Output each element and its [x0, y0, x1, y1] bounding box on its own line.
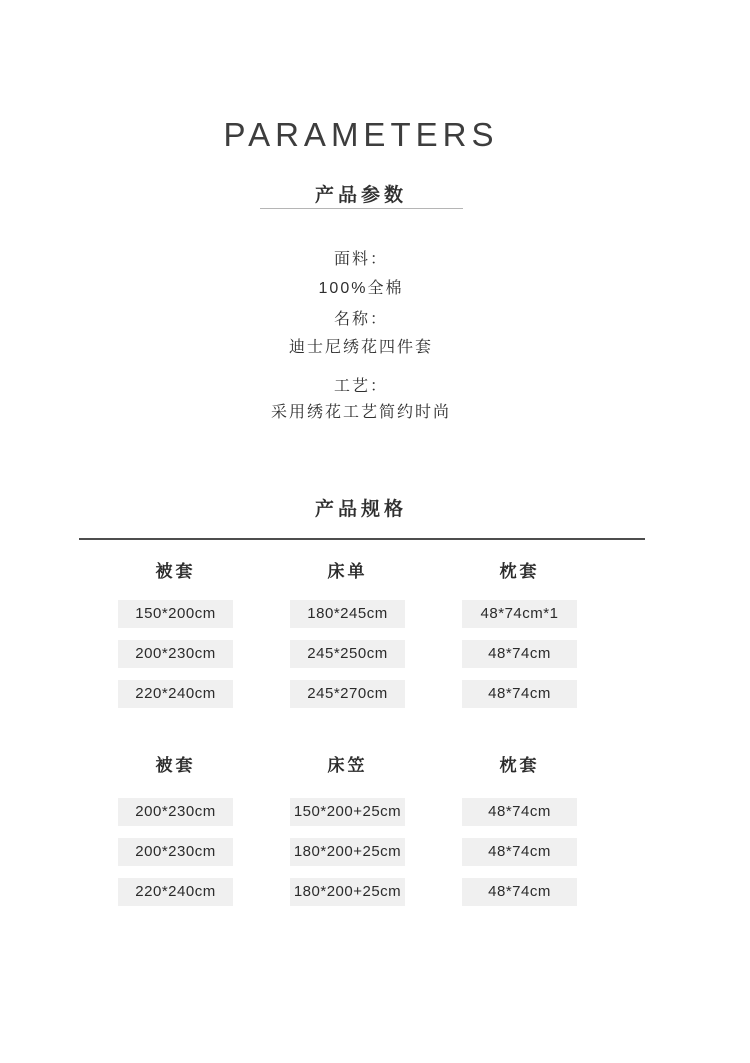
table2-row: 220*240cm 180*200+25cm 48*74cm: [118, 878, 577, 906]
size-cell: 200*230cm: [118, 838, 233, 866]
size-cell: 150*200+25cm: [290, 798, 405, 826]
table2-row: 200*230cm 180*200+25cm 48*74cm: [118, 838, 577, 866]
section-divider: [79, 538, 645, 540]
table2-column-header-duvet: 被套: [118, 754, 233, 778]
size-cell: 48*74cm*1: [462, 600, 577, 628]
size-cell: 220*240cm: [118, 680, 233, 708]
size-cell: 150*200cm: [118, 600, 233, 628]
spec-value-name: 迪士尼绣花四件套: [0, 334, 722, 357]
size-cell: 48*74cm: [462, 640, 577, 668]
size-cell: 180*200+25cm: [290, 838, 405, 866]
spec-label-name: 名称：: [0, 306, 722, 329]
spec-label-fabric: 面料：: [0, 246, 722, 269]
spec-label-craft: 工艺：: [0, 373, 722, 396]
size-cell: 48*74cm: [462, 838, 577, 866]
table1-row: 150*200cm 180*245cm 48*74cm*1: [118, 600, 577, 628]
size-cell: 245*250cm: [290, 640, 405, 668]
size-cell: 200*230cm: [118, 640, 233, 668]
size-cell: 180*245cm: [290, 600, 405, 628]
table1-column-header-sheet: 床单: [290, 560, 405, 584]
spec-value-craft: 采用绣花工艺简约时尚: [0, 399, 722, 422]
table1-column-header-duvet: 被套: [118, 560, 233, 584]
subtitle-divider: [260, 208, 463, 209]
page-title: PARAMETERS: [0, 116, 722, 154]
table2-column-header-fitted-sheet: 床笠: [290, 754, 405, 778]
size-cell: 48*74cm: [462, 878, 577, 906]
size-cell: 180*200+25cm: [290, 878, 405, 906]
spec-value-fabric: 100%全棉: [0, 275, 722, 298]
page-subtitle: 产品参数: [0, 180, 722, 207]
spec-section-title: 产品规格: [0, 494, 722, 521]
size-cell: 220*240cm: [118, 878, 233, 906]
table2-column-header-pillow: 枕套: [462, 754, 577, 778]
table1-column-header-pillow: 枕套: [462, 560, 577, 584]
table1-row: 200*230cm 245*250cm 48*74cm: [118, 640, 577, 668]
table1-header-row: 被套 床单 枕套: [118, 560, 577, 584]
size-cell: 48*74cm: [462, 798, 577, 826]
product-parameters-page: PARAMETERS 产品参数 面料： 100%全棉 名称： 迪士尼绣花四件套 …: [0, 0, 750, 1063]
size-cell: 245*270cm: [290, 680, 405, 708]
size-cell: 48*74cm: [462, 680, 577, 708]
table2-header-row: 被套 床笠 枕套: [118, 754, 577, 778]
table1-row: 220*240cm 245*270cm 48*74cm: [118, 680, 577, 708]
table2-row: 200*230cm 150*200+25cm 48*74cm: [118, 798, 577, 826]
size-cell: 200*230cm: [118, 798, 233, 826]
